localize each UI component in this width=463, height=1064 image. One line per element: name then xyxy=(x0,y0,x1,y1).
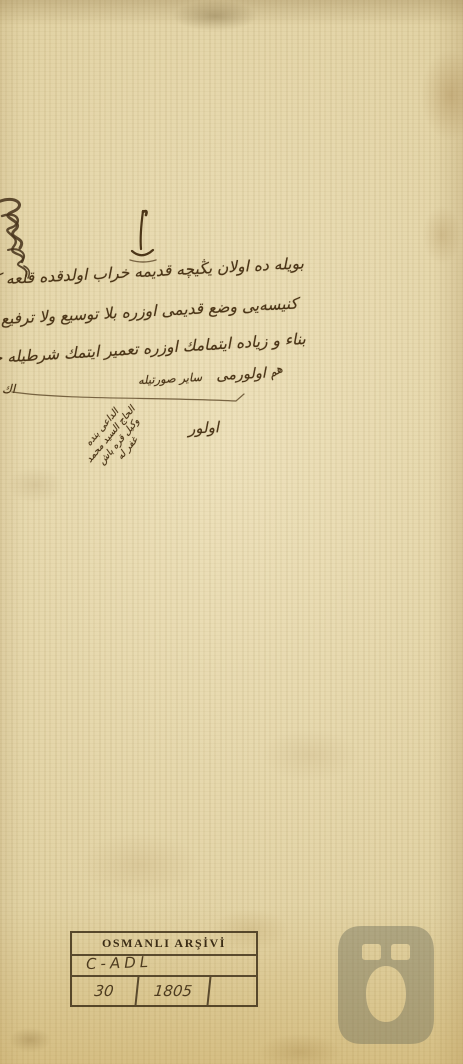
signature-block: الداعی بنده الحاج السيد محمد وكيل قره با… xyxy=(34,398,204,518)
petition-line-3: بناء و زياده ايتمامك اوزره تعمير ايتمك ش… xyxy=(8,330,307,368)
petition-line-2: كنيسه‌يی وضع قديمی اوزره بلا توسيع ولا ت… xyxy=(12,295,299,329)
invocation-mark-icon xyxy=(124,206,160,268)
stamp-number-left: 30 xyxy=(71,977,140,1005)
stamp-empty-cell xyxy=(210,977,256,1005)
response-word-large: اولورمی xyxy=(216,366,267,385)
archive-stamp: OSMANLI ARŞİVİ C-ADL 30 1805 xyxy=(70,931,258,1007)
stamp-classification-code: C-ADL xyxy=(86,953,153,973)
archive-o-watermark-icon xyxy=(336,924,436,1046)
stamp-number-row: 30 1805 xyxy=(72,977,256,1005)
paraph-mark: هم xyxy=(266,361,285,380)
stamp-classification-row: C-ADL xyxy=(72,956,256,977)
document-scan: بويله ده اولان يڭيچه قديمه خراب اولدقده … xyxy=(0,0,463,1064)
stamp-title: OSMANLI ARŞİVİ xyxy=(72,933,256,956)
stamp-number-right: 1805 xyxy=(137,977,212,1005)
